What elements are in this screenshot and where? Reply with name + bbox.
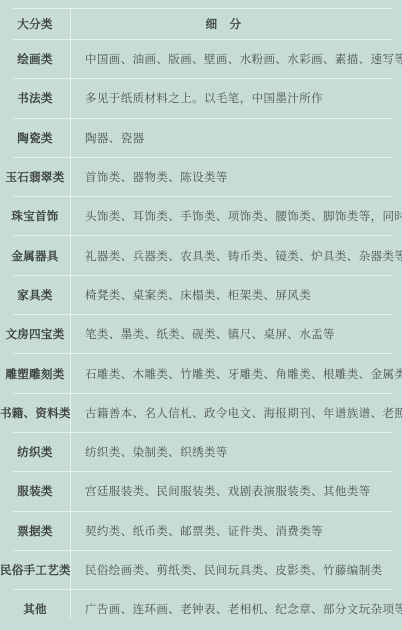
table-row: 金属器具 礼器类、兵器类、农具类、铸币类、镜类、炉具类、杂器类等 [0, 236, 402, 274]
column-divider [70, 9, 71, 618]
table-row: 书法类 多见于纸质材料之上。以毛笔，中国墨汁所作 [0, 79, 402, 117]
major-category-header-cell: 大分类 [0, 16, 70, 32]
category-cell: 珠宝首饰 [0, 208, 70, 224]
detail-cell: 多见于纸质材料之上。以毛笔，中国墨汁所作 [70, 90, 402, 106]
category-cell: 雕塑雕刻类 [0, 366, 70, 382]
table-row: 文房四宝类 笔类、墨类、纸类、砚类、镇尺、桌屏、水盂等 [0, 315, 402, 353]
detail-cell: 契约类、纸币类、邮票类、证件类、消费类等 [70, 523, 402, 539]
table-row: 珠宝首饰 头饰类、耳饰类、手饰类、项饰类、腰饰类、脚饰类等，同时应考虑材质划分 [0, 197, 402, 235]
table-row: 雕塑雕刻类 石雕类、木雕类、竹雕类、牙雕类、角雕类、根雕类、金属类、复合材料类 [0, 354, 402, 392]
table-row: 票据类 契约类、纸币类、邮票类、证件类、消费类等 [0, 512, 402, 550]
category-cell: 陶瓷类 [0, 130, 70, 146]
category-cell: 其他 [0, 601, 70, 617]
category-cell: 玉石翡翠类 [0, 169, 70, 185]
table-row: 其他 广告画、连环画、老钟表、老相机、纪念章、部分文玩杂项等 [0, 590, 402, 628]
detail-cell: 广告画、连环画、老钟表、老相机、纪念章、部分文玩杂项等 [70, 601, 402, 617]
category-cell: 绘画类 [0, 51, 70, 67]
category-cell: 文房四宝类 [0, 326, 70, 342]
category-cell: 金属器具 [0, 248, 70, 264]
detail-cell: 陶器、瓷器 [70, 130, 402, 146]
detail-cell: 纺织类、染制类、织绣类等 [70, 444, 402, 460]
table-row: 绘画类 中国画、油画、版画、壁画、水粉画、水彩画、素描、速写等 [0, 40, 402, 78]
category-cell: 书籍、资料类 [0, 405, 70, 421]
table-row: 民俗手工艺类 民俗绘画类、剪纸类、民间玩具类、皮影类、竹藤编制类 [0, 551, 402, 589]
detail-cell: 民俗绘画类、剪纸类、民间玩具类、皮影类、竹藤编制类 [70, 562, 402, 578]
table-row: 家具类 椅凳类、桌案类、床榻类、柜架类、屏风类 [0, 276, 402, 314]
category-cell: 纺织类 [0, 444, 70, 460]
table-row: 服装类 宫廷服装类、民间服装类、戏剧表演服装类、其他类等 [0, 472, 402, 510]
detail-cell: 礼器类、兵器类、农具类、铸币类、镜类、炉具类、杂器类等 [70, 248, 402, 264]
category-cell: 票据类 [0, 523, 70, 539]
detail-cell: 古籍善本、名人信札、政令电文、海报期刊、年谱族谱、老照片、地方志等 [70, 405, 402, 421]
category-table-page: 大分类 细 分 绘画类 中国画、油画、版画、壁画、水粉画、水彩画、素描、速写等 … [0, 0, 402, 630]
detail-cell: 石雕类、木雕类、竹雕类、牙雕类、角雕类、根雕类、金属类、复合材料类 [70, 366, 402, 382]
detail-cell: 首饰类、器物类、陈设类等 [70, 169, 402, 185]
table-row: 玉石翡翠类 首饰类、器物类、陈设类等 [0, 158, 402, 196]
detail-cell: 中国画、油画、版画、壁画、水粉画、水彩画、素描、速写等 [70, 51, 402, 67]
detail-cell: 笔类、墨类、纸类、砚类、镇尺、桌屏、水盂等 [70, 326, 402, 342]
category-cell: 民俗手工艺类 [0, 562, 70, 578]
table-header-row: 大分类 细 分 [0, 9, 402, 39]
table-row: 纺织类 纺织类、染制类、织绣类等 [0, 433, 402, 471]
detail-cell: 头饰类、耳饰类、手饰类、项饰类、腰饰类、脚饰类等，同时应考虑材质划分 [70, 208, 402, 224]
category-cell: 书法类 [0, 90, 70, 106]
table-row: 陶瓷类 陶器、瓷器 [0, 119, 402, 157]
detail-cell: 宫廷服装类、民间服装类、戏剧表演服装类、其他类等 [70, 483, 402, 499]
category-cell: 服装类 [0, 483, 70, 499]
table-row: 书籍、资料类 古籍善本、名人信札、政令电文、海报期刊、年谱族谱、老照片、地方志等 [0, 394, 402, 432]
detail-cell: 椅凳类、桌案类、床榻类、柜架类、屏风类 [70, 287, 402, 303]
category-cell: 家具类 [0, 287, 70, 303]
detail-header-cell: 细 分 [70, 16, 402, 32]
